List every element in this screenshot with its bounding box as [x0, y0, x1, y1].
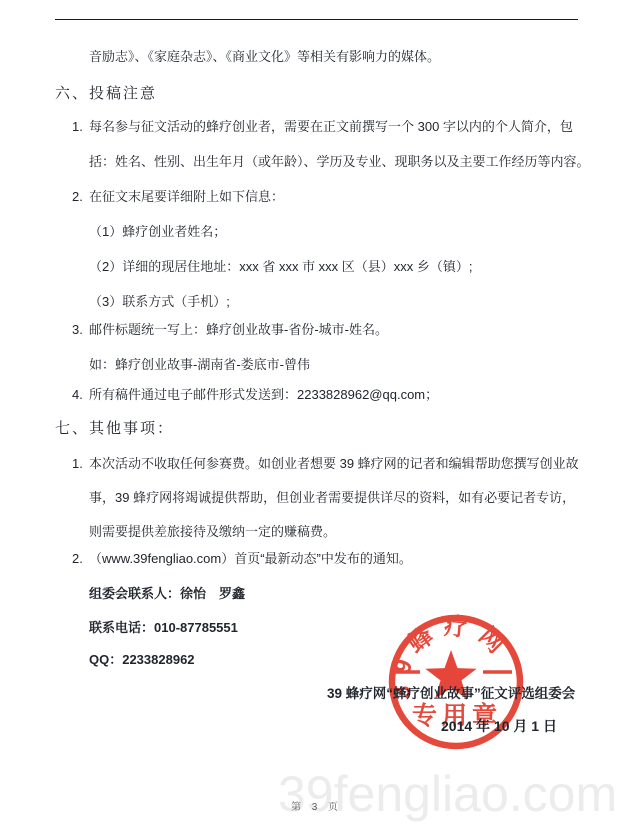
list-number: 4.: [72, 387, 83, 402]
page-number: 第 3 页: [0, 798, 633, 813]
list-number: 2.: [72, 551, 83, 566]
sub-item-text: （2）详细的现居住地址：xxx 省 xxx 市 xxx 区（县）xxx 乡（镇）…: [89, 259, 473, 274]
contact-person: 组委会联系人：徐怡 罗鑫: [89, 586, 245, 601]
signature-date: 2014 年 10 月 1 日: [441, 719, 557, 734]
section-heading-submission: 六、投稿注意: [55, 86, 157, 101]
list-item-text: 则需要提供差旅接待及缴纳一定的赚稿费。: [89, 524, 336, 539]
sub-item-text: （3）联系方式（手机）;: [89, 294, 230, 309]
contact-qq: QQ：2233828962: [89, 652, 195, 667]
list-number: 2.: [72, 189, 83, 204]
list-item-text: （www.39fengliao.com）首页“最新动态”中发布的通知。: [89, 551, 412, 566]
site-watermark: 39fengliao.com: [278, 765, 617, 823]
contact-phone: 联系电话：010-87785551: [89, 620, 238, 635]
list-number: 3.: [72, 322, 83, 337]
list-item-text: 每名参与征文活动的蜂疗创业者，需要在正文前撰写一个 300 字以内的个人简介，包: [89, 119, 573, 134]
document-page: 音励志》、《家庭杂志》、《商业文化》等相关有影响力的媒体。 六、投稿注意 1. …: [0, 0, 633, 832]
list-item-text: 在征文末尾要详细附上如下信息：: [89, 189, 284, 204]
signature-committee: 39 蜂疗网“蜂疗创业故事”征文评选组委会: [327, 686, 575, 701]
sub-item-text: （1）蜂疗创业者姓名；: [89, 224, 226, 239]
list-item-example: 如：蜂疗创业故事-湖南省-娄底市-曾伟: [89, 357, 310, 372]
list-number: 1.: [72, 456, 83, 471]
section-heading-other: 七、其他事项：: [55, 421, 174, 436]
list-item-text: 所有稿件通过电子邮件形式发送到：2233828962@qq.com；: [89, 387, 438, 402]
list-item-text: 本次活动不收取任何参赛费。如创业者想要 39 蜂疗网的记者和编辑帮助您撰写创业故: [89, 456, 579, 471]
continuation-line: 音励志》、《家庭杂志》、《商业文化》等相关有影响力的媒体。: [89, 49, 440, 64]
list-number: 1.: [72, 119, 83, 134]
header-rule: [55, 19, 578, 20]
list-item-text: 邮件标题统一写上：蜂疗创业故事-省份-城市-姓名。: [89, 322, 388, 337]
list-item-text: 括：姓名、性别、出生年月（或年龄）、学历及专业、现职务以及主要工作经历等内容。: [89, 154, 590, 169]
list-item-text: 事，39 蜂疗网将竭诚提供帮助，但创业者需要提供详尽的资料，如有必要记者专访，: [89, 490, 575, 505]
